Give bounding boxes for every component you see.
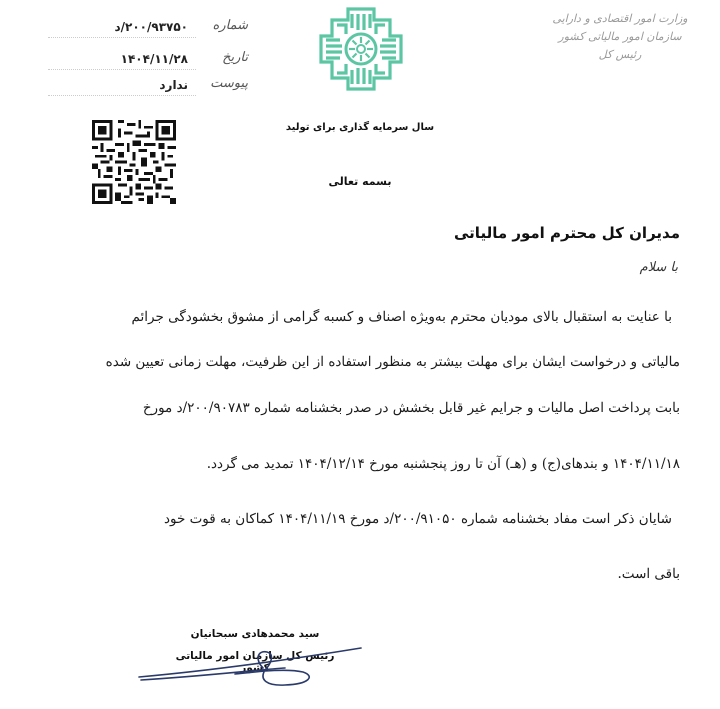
letter-number-label: شماره (213, 18, 248, 33)
paragraph-line: مالیاتی و درخواست ایشان برای مهلت بیشتر … (106, 354, 680, 370)
organization-line: سازمان امور مالیاتی کشور (540, 28, 700, 46)
bismillah-heading: بسمه تعالی (300, 175, 420, 188)
paragraph-line: شایان ذکر است مفاد بخشنامه شماره ۲۰۰/۹۱۰… (164, 511, 672, 527)
attachment-row: پیوست ندارد (48, 76, 248, 96)
paragraph-line: بابت پرداخت اصل مالیات و جرایم غیر قابل … (143, 400, 680, 416)
year-motto: سال سرمایه گذاری برای تولید (280, 122, 440, 133)
ministry-header: وزارت امور اقتصادی و دارایی سازمان امور … (540, 10, 700, 64)
ministry-line: وزارت امور اقتصادی و دارایی (540, 10, 700, 28)
paragraph-line: ۱۴۰۴/۱۱/۱۸ و بندهای(ج) و (هـ) آن تا روز … (207, 456, 680, 472)
paragraph-line: با عنایت به استقبال بالای مودیان محترم ب… (132, 309, 672, 325)
qr-code-icon (92, 120, 176, 204)
signatory-name: سید محمدهادی سبحانیان (190, 628, 320, 640)
paragraph-line: باقی است. (618, 566, 680, 582)
salutation: با سلام (640, 260, 678, 275)
attachment-label: پیوست (210, 76, 248, 91)
dotted-line (48, 37, 196, 38)
letter-date-value: ۱۴۰۴/۱۱/۲۸ (121, 52, 188, 66)
tax-organization-logo-icon (318, 6, 404, 92)
letter-number-value: ۲۰۰/۹۳۷۵۰/د (114, 20, 188, 34)
dotted-line (48, 69, 196, 70)
signature-scribble-icon (135, 640, 365, 690)
head-title-line: رئیس کل (540, 46, 700, 64)
letter-number-row: شماره ۲۰۰/۹۳۷۵۰/د (48, 18, 248, 38)
attachment-value: ندارد (159, 78, 188, 92)
addressee-heading: مدیران کل محترم امور مالیاتی (454, 224, 680, 242)
letter-date-row: تاریخ ۱۴۰۴/۱۱/۲۸ (48, 50, 248, 70)
letter-date-label: تاریخ (222, 50, 248, 65)
dotted-line (48, 95, 196, 96)
